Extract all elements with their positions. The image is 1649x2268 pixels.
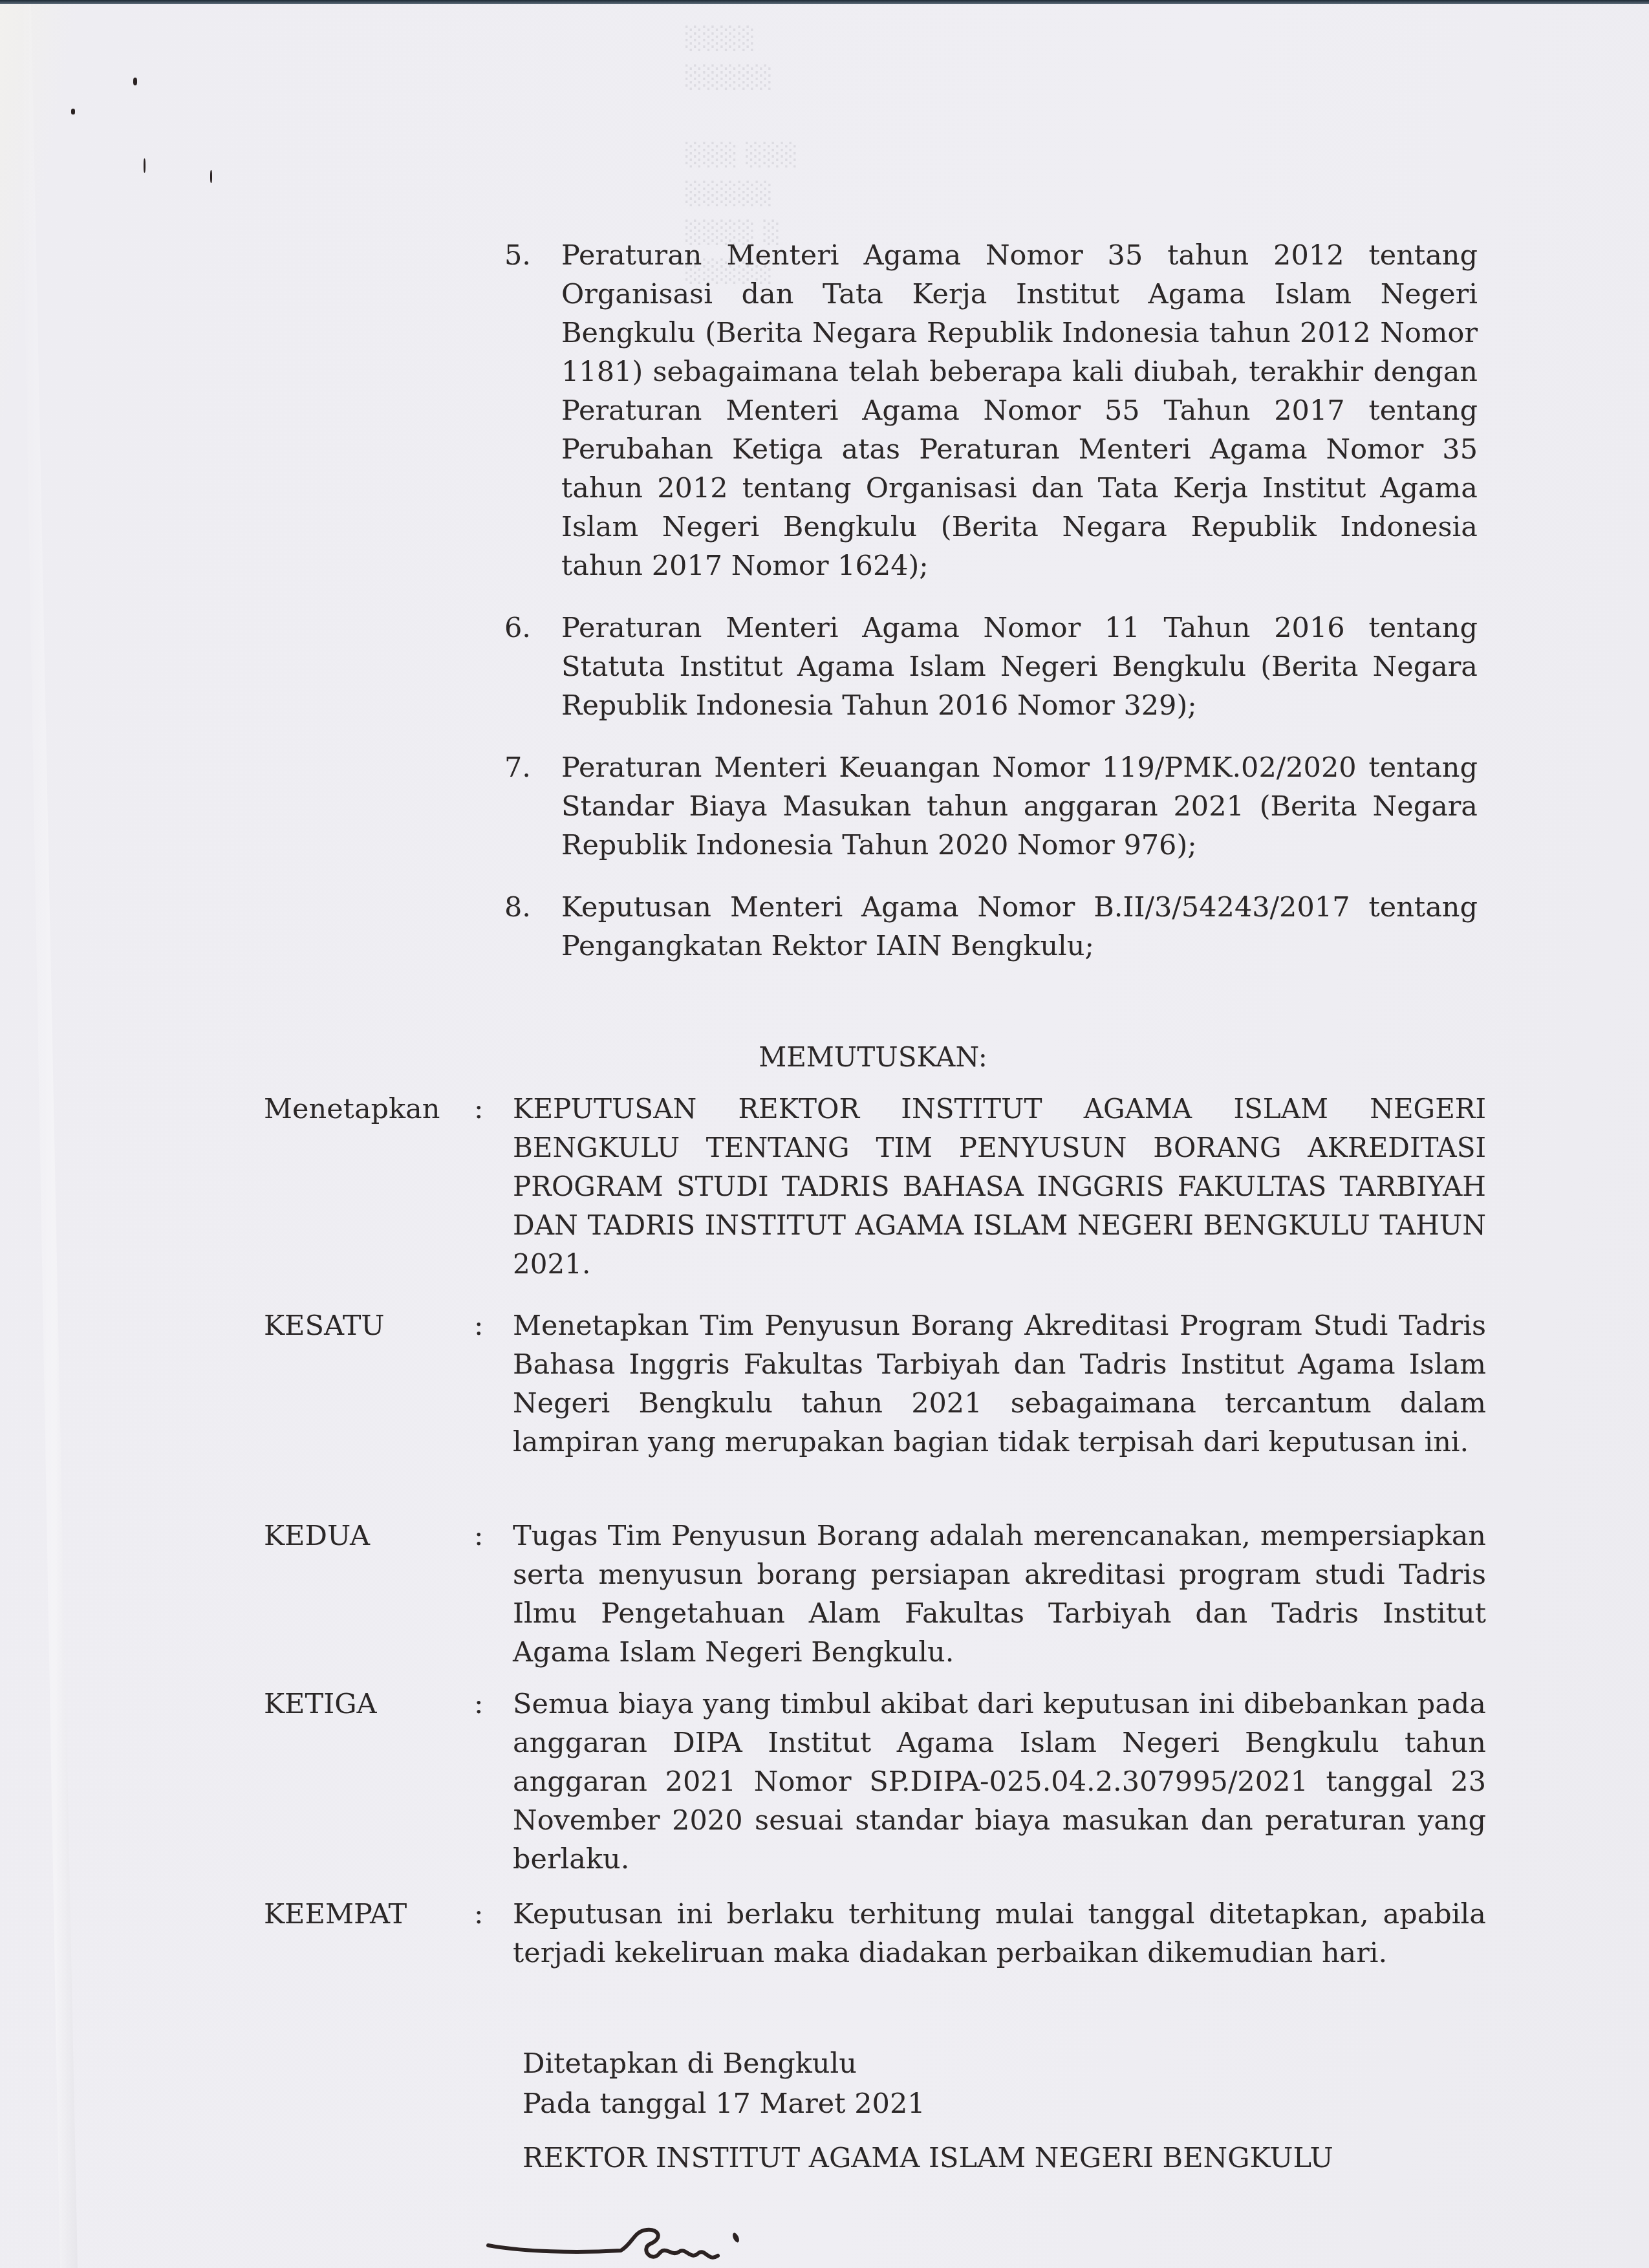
item-number: 8. xyxy=(504,888,561,966)
decision-label: KEEMPAT xyxy=(264,1895,474,1972)
decision-label: Menetapkan xyxy=(264,1090,474,1284)
decision-text: Keputusan ini berlaku terhitung mulai ta… xyxy=(513,1895,1486,1972)
consideration-item: 6. Peraturan Menteri Agama Nomor 11 Tahu… xyxy=(504,609,1478,725)
scan-speck xyxy=(144,158,145,173)
closing-block: Ditetapkan di Bengkulu Pada tanggal 17 M… xyxy=(523,2044,1333,2178)
scan-speck xyxy=(133,78,137,85)
decision-label: KEDUA xyxy=(264,1517,474,1672)
decision-text: KEPUTUSAN REKTOR INSTITUT AGAMA ISLAM NE… xyxy=(513,1090,1486,1284)
decision-colon: : xyxy=(474,1895,513,1972)
consideration-item: 7. Peraturan Menteri Keuangan Nomor 119/… xyxy=(504,748,1478,865)
consideration-item: 5. Peraturan Menteri Agama Nomor 35 tahu… xyxy=(504,236,1478,585)
decision-label: KESATU xyxy=(264,1306,474,1462)
consideration-item: 8. Keputusan Menteri Agama Nomor B.II/3/… xyxy=(504,888,1478,966)
item-text: Peraturan Menteri Agama Nomor 11 Tahun 2… xyxy=(561,609,1478,725)
decision-colon: : xyxy=(474,1685,513,1879)
decision-kedua: KEDUA : Tugas Tim Penyusun Borang adalah… xyxy=(264,1517,1486,1672)
closing-place: Ditetapkan di Bengkulu xyxy=(523,2044,1333,2084)
signature-mark xyxy=(485,2225,782,2268)
decision-text: Menetapkan Tim Penyusun Borang Akreditas… xyxy=(513,1306,1486,1462)
decision-ketiga: KETIGA : Semua biaya yang timbul akibat … xyxy=(264,1685,1486,1879)
item-text: Peraturan Menteri Keuangan Nomor 119/PMK… xyxy=(561,748,1478,865)
decision-text: Semua biaya yang timbul akibat dari kepu… xyxy=(513,1685,1486,1879)
item-text: Keputusan Menteri Agama Nomor B.II/3/542… xyxy=(561,888,1478,966)
decision-text: Tugas Tim Penyusun Borang adalah merenca… xyxy=(513,1517,1486,1672)
decision-kesatu: KESATU : Menetapkan Tim Penyusun Borang … xyxy=(264,1306,1486,1462)
decision-colon: : xyxy=(474,1306,513,1462)
decision-keempat: KEEMPAT : Keputusan ini berlaku terhitun… xyxy=(264,1895,1486,1972)
scan-speck xyxy=(71,109,75,114)
scan-speck xyxy=(210,170,212,183)
considerations-list: 5. Peraturan Menteri Agama Nomor 35 tahu… xyxy=(504,236,1478,989)
decision-heading: MEMUTUSKAN: xyxy=(0,1038,1649,1077)
signatory-title: REKTOR INSTITUT AGAMA ISLAM NEGERI BENGK… xyxy=(523,2138,1333,2178)
decision-label: KETIGA xyxy=(264,1685,474,1879)
decision-menetapkan: Menetapkan : KEPUTUSAN REKTOR INSTITUT A… xyxy=(264,1090,1486,1284)
item-text: Peraturan Menteri Agama Nomor 35 tahun 2… xyxy=(561,236,1478,585)
item-number: 7. xyxy=(504,748,561,865)
decision-colon: : xyxy=(474,1517,513,1672)
closing-date: Pada tanggal 17 Maret 2021 xyxy=(523,2084,1333,2124)
item-number: 6. xyxy=(504,609,561,725)
item-number: 5. xyxy=(504,236,561,585)
decision-colon: : xyxy=(474,1090,513,1284)
